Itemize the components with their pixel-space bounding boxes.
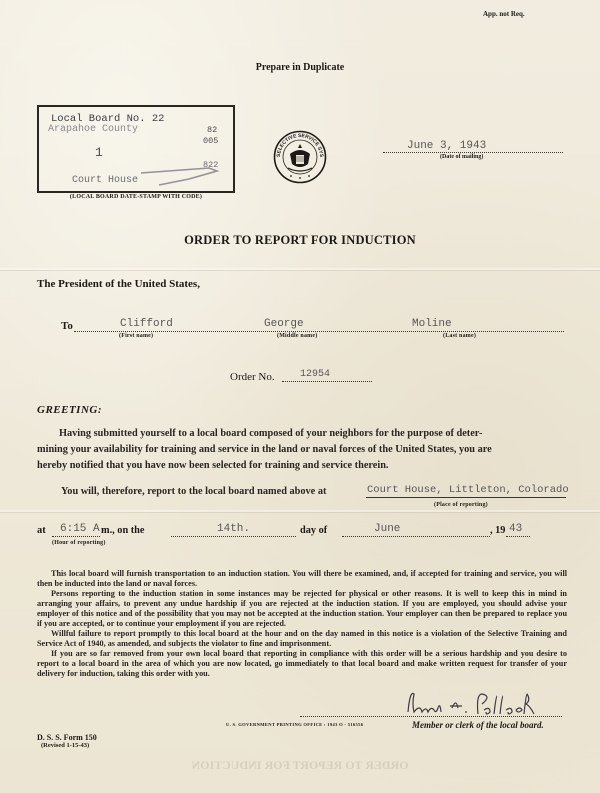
hour-caption: (Hour of reporting) (52, 540, 106, 546)
order-number-value: 12954 (300, 369, 330, 380)
instruction-heading: Prepare in Duplicate (0, 62, 600, 73)
printing-office-imprint: U. S. GOVERNMENT PRINTING OFFICE : 1943 … (226, 722, 363, 727)
local-board-stamp: Local Board No. 22 Arapahoe County 1 Cou… (37, 105, 235, 193)
notice-paragraph: Willful failure to report promptly to th… (37, 629, 567, 649)
notice-paragraph: This local board will furnish transporta… (37, 569, 567, 589)
month-field (342, 527, 490, 537)
stamp-code-middle: 005 (203, 136, 218, 146)
paper-fold (0, 268, 600, 270)
notice-paragraph: Persons reporting to the induction stati… (37, 589, 567, 629)
stamp-smudge (139, 165, 221, 187)
place-caption: (Place of reporting) (434, 502, 488, 508)
month-value: June (374, 523, 400, 535)
middle-name-caption: (Middle name) (277, 333, 317, 339)
paper-fold (0, 510, 600, 512)
greeting-line: hereby notified that you have now been s… (37, 458, 567, 474)
middle-name-value: George (264, 318, 304, 330)
first-name-caption: (First name) (119, 333, 153, 339)
form-revision: (Revised 1-15-43) (41, 742, 89, 749)
year-value: 43 (509, 523, 522, 535)
selective-service-seal-icon: SELECTIVE SERVICE SYSTEM (273, 130, 327, 184)
year-prefix: , 19 (490, 525, 505, 536)
reverse-side-bleed-through: ORDER TO REPORT FOR INDUCTION (0, 758, 600, 773)
greeting-heading: GREETING: (37, 404, 102, 416)
first-name-value: Clifford (120, 318, 173, 330)
greeting-line: mining your availability for training an… (37, 442, 567, 458)
signature-line (300, 716, 562, 717)
greeting-line: Having submitted yourself to a local boa… (37, 426, 567, 442)
day-value: 14th. (217, 523, 250, 535)
last-name-value: Moline (412, 318, 452, 330)
hour-value: 6:15 A. (60, 523, 106, 535)
notices-section: This local board will furnish transporta… (37, 569, 567, 679)
form-number: D. S. S. Form 150 (37, 733, 97, 742)
stamp-county: Arapahoe County (48, 124, 138, 135)
stamp-day: 1 (95, 145, 103, 160)
stamp-location: Court House (72, 175, 138, 186)
reporting-instruction: You will, therefore, report to the local… (61, 486, 326, 497)
on-the-label: m., on the (101, 525, 144, 536)
mailing-date-value: June 3, 1943 (407, 140, 486, 152)
notice-paragraph: If you are so far removed from your own … (37, 649, 567, 679)
signature-caption: Member or clerk of the local board. (412, 720, 544, 730)
day-of-label: day of (300, 525, 327, 536)
salutation: The President of the United States, (37, 278, 200, 290)
approval-note: App. not Req. (483, 10, 525, 18)
greeting-paragraph: Having submitted yourself to a local boa… (37, 426, 567, 474)
document-title: ORDER TO REPORT FOR INDUCTION (0, 233, 600, 248)
last-name-caption: (Last name) (443, 333, 476, 339)
at-label: at (37, 525, 46, 536)
stamp-code-top: 82 (207, 125, 217, 135)
order-number-label: Order No. (230, 371, 275, 383)
to-label: To (61, 320, 73, 332)
stamp-caption: (LOCAL BOARD DATE-STAMP WITH CODE) (37, 194, 235, 200)
mailing-date-caption: (Date of mailing) (440, 154, 483, 160)
place-value: Court House, Littleton, Colorado (367, 484, 569, 496)
